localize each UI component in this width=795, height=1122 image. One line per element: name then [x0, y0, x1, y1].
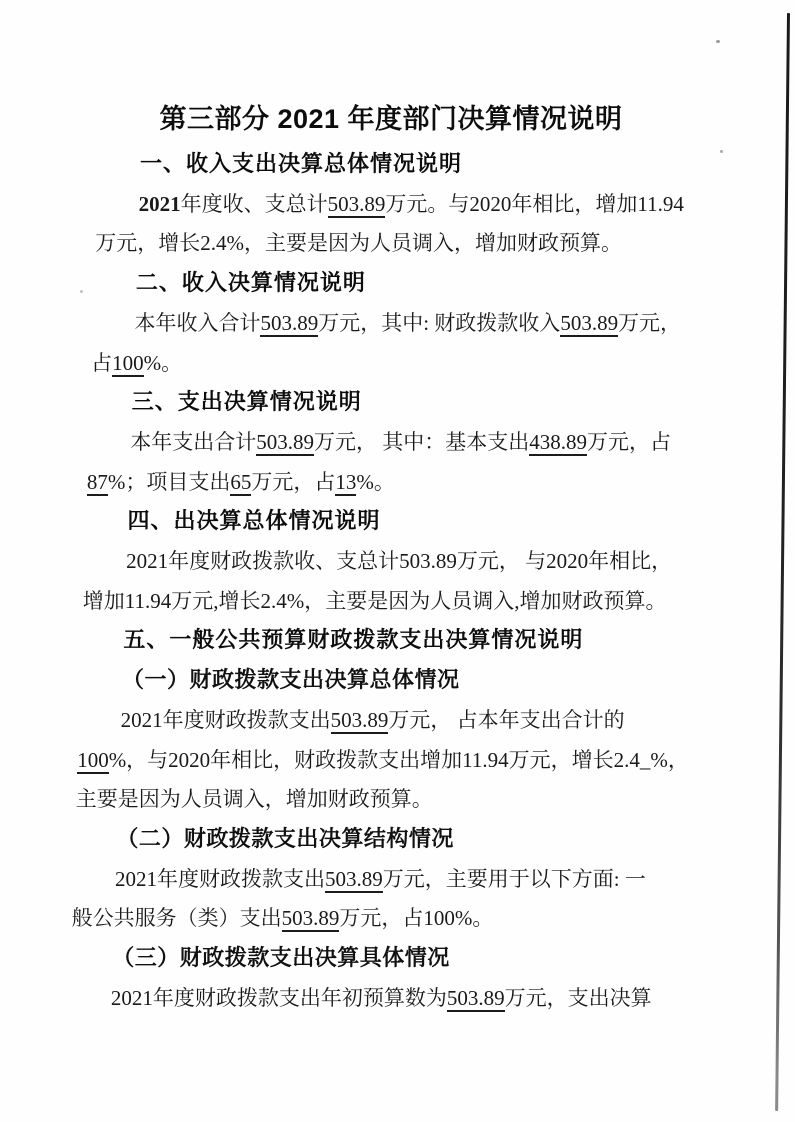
underlined-value: 503.89	[325, 867, 383, 893]
underlined-value: 100	[112, 351, 144, 377]
text-run: 年度收、支总计	[181, 192, 328, 216]
text-run: 四、出决算总体情况说明	[128, 508, 381, 533]
document-page: 第三部分 2021 年度部门决算情况说明 一、收入支出决算总体情况说明2021年…	[0, 0, 795, 1122]
scan-speck	[80, 290, 83, 293]
text-run: 万元， 占本年支出合计的	[388, 708, 624, 732]
text-run: 2021年度财政拨款支出	[121, 708, 331, 732]
section-heading: 五、一般公共预算财政拨款支出决算情况说明	[123, 625, 583, 657]
underlined-value: 503.89	[282, 906, 340, 932]
section-heading: （一）财政拨款支出决算总体情况	[122, 665, 460, 697]
scan-speck	[720, 150, 723, 153]
text-line: 87%；项目支出65万元，占13%。	[87, 467, 395, 499]
text-line: 2021年度财政拨款支出年初预算数为503.89万元，支出决算	[111, 983, 652, 1015]
text-run: 万元，其中: 财政拨款收入	[318, 311, 560, 335]
text-run: 万元，占100%。	[339, 906, 493, 930]
text-line: 主要是因为人员调入，增加财政预算。	[76, 784, 433, 816]
text-line: 本年支出合计503.89万元， 其中：基本支出438.89万元，占	[130, 427, 671, 459]
text-run: 二、收入决算情况说明	[136, 270, 366, 295]
text-run: 万元，主要用于以下方面: 一	[383, 867, 646, 891]
text-run: 万元，	[618, 311, 681, 335]
underlined-value: 503.89	[260, 311, 318, 337]
text-run: 本年支出合计	[130, 430, 256, 454]
text-run: 万元，支出决算	[505, 986, 652, 1010]
text-line: 2021年度收、支总计503.89万元。与2020年相比，增加11.94	[139, 189, 684, 221]
text-run: 万元，增长2.4%，主要是因为人员调入，增加财政预算。	[95, 231, 622, 255]
text-line: 般公共服务（类）支出503.89万元，占100%。	[72, 903, 494, 935]
text-run: %。	[144, 351, 183, 375]
text-run: 2021年度财政拨款收、支总计503.89万元， 与2020年相比，	[126, 549, 672, 573]
text-run: 2021年度财政拨款支出年初预算数为	[111, 986, 447, 1010]
text-line: 本年收入合计503.89万元，其中: 财政拨款收入503.89万元，	[134, 308, 681, 340]
text-run: 五、一般公共预算财政拨款支出决算情况说明	[123, 627, 583, 652]
text-run: 万元，占	[251, 470, 335, 494]
underlined-value: 503.89	[331, 708, 389, 734]
section-heading: 四、出决算总体情况说明	[128, 506, 381, 538]
underlined-value: 503.89	[560, 311, 618, 337]
text-run: %；项目支出	[108, 470, 231, 494]
text-run: （三）财政拨款支出决算具体情况	[112, 945, 450, 970]
scan-speck	[716, 40, 720, 43]
text-run: 一、收入支出决算总体情况说明	[140, 151, 462, 176]
text-line: 增加11.94万元,增长2.4%，主要是因为人员调入,增加财政预算。	[83, 586, 667, 618]
text-run: 2021	[139, 192, 181, 216]
section-heading: 一、收入支出决算总体情况说明	[140, 149, 462, 181]
text-run: 万元。与2020年相比，增加11.94	[385, 192, 683, 216]
text-run: %，与2020年相比，财政拨款支出增加11.94万元，增长2.4_%，	[109, 748, 689, 772]
section-heading: 三、支出决算情况说明	[132, 387, 362, 419]
text-run: 万元，占	[587, 430, 671, 454]
section-heading: 二、收入决算情况说明	[136, 268, 366, 300]
text-line: 万元，增长2.4%，主要是因为人员调入，增加财政预算。	[95, 228, 622, 260]
underlined-value: 503.89	[256, 430, 314, 456]
underlined-value: 65	[230, 470, 251, 496]
text-run: 主要是因为人员调入，增加财政预算。	[76, 787, 433, 811]
text-run: 2021年度财政拨款支出	[115, 867, 325, 891]
text-run: 增加11.94万元,增长2.4%，主要是因为人员调入,增加财政预算。	[83, 589, 667, 613]
text-line: 100%，与2020年相比，财政拨款支出增加11.94万元，增长2.4_%，	[77, 745, 689, 777]
text-line: 占100%。	[91, 348, 182, 380]
text-line: 2021年度财政拨款支出503.89万元， 占本年支出合计的	[121, 705, 625, 737]
text-run: 三、支出决算情况说明	[132, 389, 362, 414]
text-run: 万元， 其中：基本支出	[314, 430, 529, 454]
text-line: 2021年度财政拨款支出503.89万元，主要用于以下方面: 一	[115, 864, 646, 896]
underlined-value: 100	[77, 748, 109, 774]
text-run: %。	[356, 470, 395, 494]
underlined-value: 503.89	[328, 192, 386, 218]
text-run: （一）财政拨款支出决算总体情况	[122, 667, 460, 692]
section-heading: （二）财政拨款支出决算结构情况	[116, 824, 454, 856]
text-run: 般公共服务（类）支出	[72, 906, 282, 930]
section-heading: （三）财政拨款支出决算具体情况	[112, 943, 450, 975]
text-run: 本年收入合计	[134, 311, 260, 335]
underlined-value: 503.89	[447, 986, 505, 1012]
text-run: （二）财政拨款支出决算结构情况	[116, 826, 454, 851]
underlined-value: 87	[87, 470, 108, 496]
text-line: 2021年度财政拨款收、支总计503.89万元， 与2020年相比，	[126, 546, 672, 578]
scan-artifact-line	[775, 13, 789, 1111]
document-title: 第三部分 2021 年度部门决算情况说明	[85, 97, 697, 136]
text-run: 占	[91, 351, 112, 375]
underlined-value: 438.89	[529, 430, 587, 456]
underlined-value: 13	[335, 470, 356, 496]
